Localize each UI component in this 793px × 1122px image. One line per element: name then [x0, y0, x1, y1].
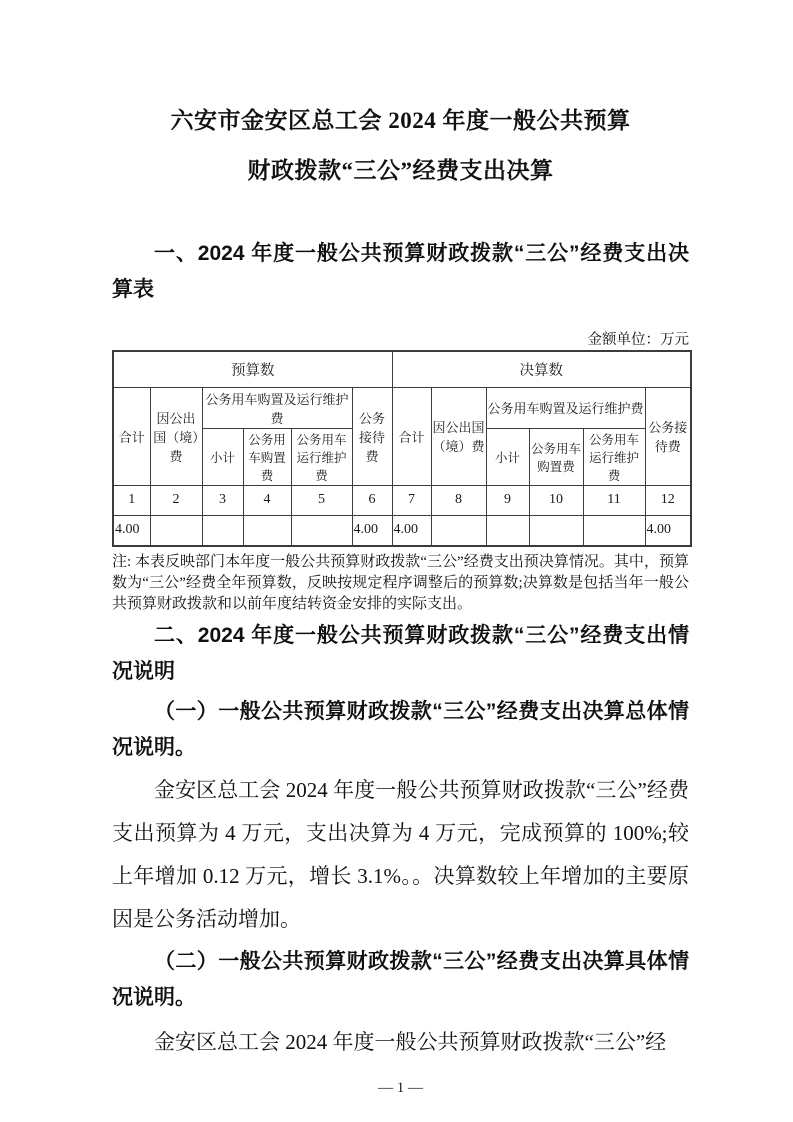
header-final-vehicle-subtotal: 小计 — [486, 428, 529, 485]
value-cell — [583, 515, 645, 546]
document-title-line2: 财政拨款“三公”经费支出决算 — [112, 146, 689, 196]
value-cell — [486, 515, 529, 546]
page-number: — 1 — — [112, 1078, 689, 1098]
header-budget-reception: 公务接待费 — [352, 387, 392, 485]
header-final-vehicle: 公务用车购置及运行维护费 — [486, 387, 645, 428]
table-group-budget: 预算数 — [113, 351, 392, 387]
value-cell: 4.00 — [113, 515, 150, 546]
subsection-two-paragraph: 金安区总工会 2024 年度一般公共预算财政拨款“三公”经 — [112, 1021, 689, 1064]
header-final-vehicle-purchase: 公务用车购置费 — [529, 428, 583, 485]
table-unit-label: 金额单位：万元 — [112, 330, 689, 350]
header-final-abroad: 因公出国（境）费 — [431, 387, 486, 485]
column-number: 9 — [486, 485, 529, 515]
header-budget-vehicle-maintenance: 公务用车运行维护费 — [291, 428, 352, 485]
table-note: 注: 本表反映部门本年度一般公共预算财政拨款“三公”经费支出预决算情况。其中，预… — [112, 552, 689, 615]
document-title: 六安市金安区总工会 2024 年度一般公共预算 财政拨款“三公”经费支出决算 — [112, 96, 689, 196]
header-final-total: 合计 — [392, 387, 431, 485]
document-title-line1: 六安市金安区总工会 2024 年度一般公共预算 — [112, 96, 689, 146]
section-two-heading: 二、2024 年度一般公共预算财政拨款“三公”经费支出情况说明 — [112, 618, 689, 690]
header-budget-total: 合计 — [113, 387, 150, 485]
column-number: 6 — [352, 485, 392, 515]
column-number: 4 — [243, 485, 291, 515]
header-budget-vehicle: 公务用车购置及运行维护费 — [202, 387, 352, 428]
value-cell — [202, 515, 243, 546]
column-number: 12 — [645, 485, 691, 515]
column-number: 11 — [583, 485, 645, 515]
header-final-reception: 公务接待费 — [645, 387, 691, 485]
column-number: 7 — [392, 485, 431, 515]
column-number-row: 1 2 3 4 5 6 7 8 9 10 11 12 — [113, 485, 691, 515]
value-cell: 4.00 — [645, 515, 691, 546]
value-row: 4.00 4.00 4.00 4.00 — [113, 515, 691, 546]
header-budget-vehicle-purchase: 公务用车购置费 — [243, 428, 291, 485]
value-cell — [150, 515, 202, 546]
column-number: 1 — [113, 485, 150, 515]
subsection-one-heading: （一）一般公共预算财政拨款“三公”经费支出决算总体情况说明。 — [112, 694, 689, 766]
value-cell — [529, 515, 583, 546]
value-cell: 4.00 — [392, 515, 431, 546]
value-cell — [243, 515, 291, 546]
table-group-final: 决算数 — [392, 351, 691, 387]
column-number: 3 — [202, 485, 243, 515]
subsection-two-heading: （二）一般公共预算财政拨款“三公”经费支出决算具体情况说明。 — [112, 944, 689, 1016]
column-number: 2 — [150, 485, 202, 515]
value-cell — [291, 515, 352, 546]
section-one-heading: 一、2024 年度一般公共预算财政拨款“三公”经费支出决算表 — [112, 236, 689, 308]
header-budget-abroad: 因公出国（境）费 — [150, 387, 202, 485]
header-final-vehicle-maintenance: 公务用车运行维护费 — [583, 428, 645, 485]
value-cell — [431, 515, 486, 546]
column-number: 10 — [529, 485, 583, 515]
san-gong-expense-table: 预算数 决算数 合计 因公出国（境）费 公务用车购置及运行维护费 公务接待费 合… — [112, 350, 692, 547]
column-number: 5 — [291, 485, 352, 515]
subsection-one-paragraph: 金安区总工会 2024 年度一般公共预算财政拨款“三公”经费支出预算为 4 万元… — [112, 769, 689, 941]
header-budget-vehicle-subtotal: 小计 — [202, 428, 243, 485]
document-page: 六安市金安区总工会 2024 年度一般公共预算 财政拨款“三公”经费支出决算 一… — [0, 0, 793, 1122]
column-number: 8 — [431, 485, 486, 515]
value-cell: 4.00 — [352, 515, 392, 546]
